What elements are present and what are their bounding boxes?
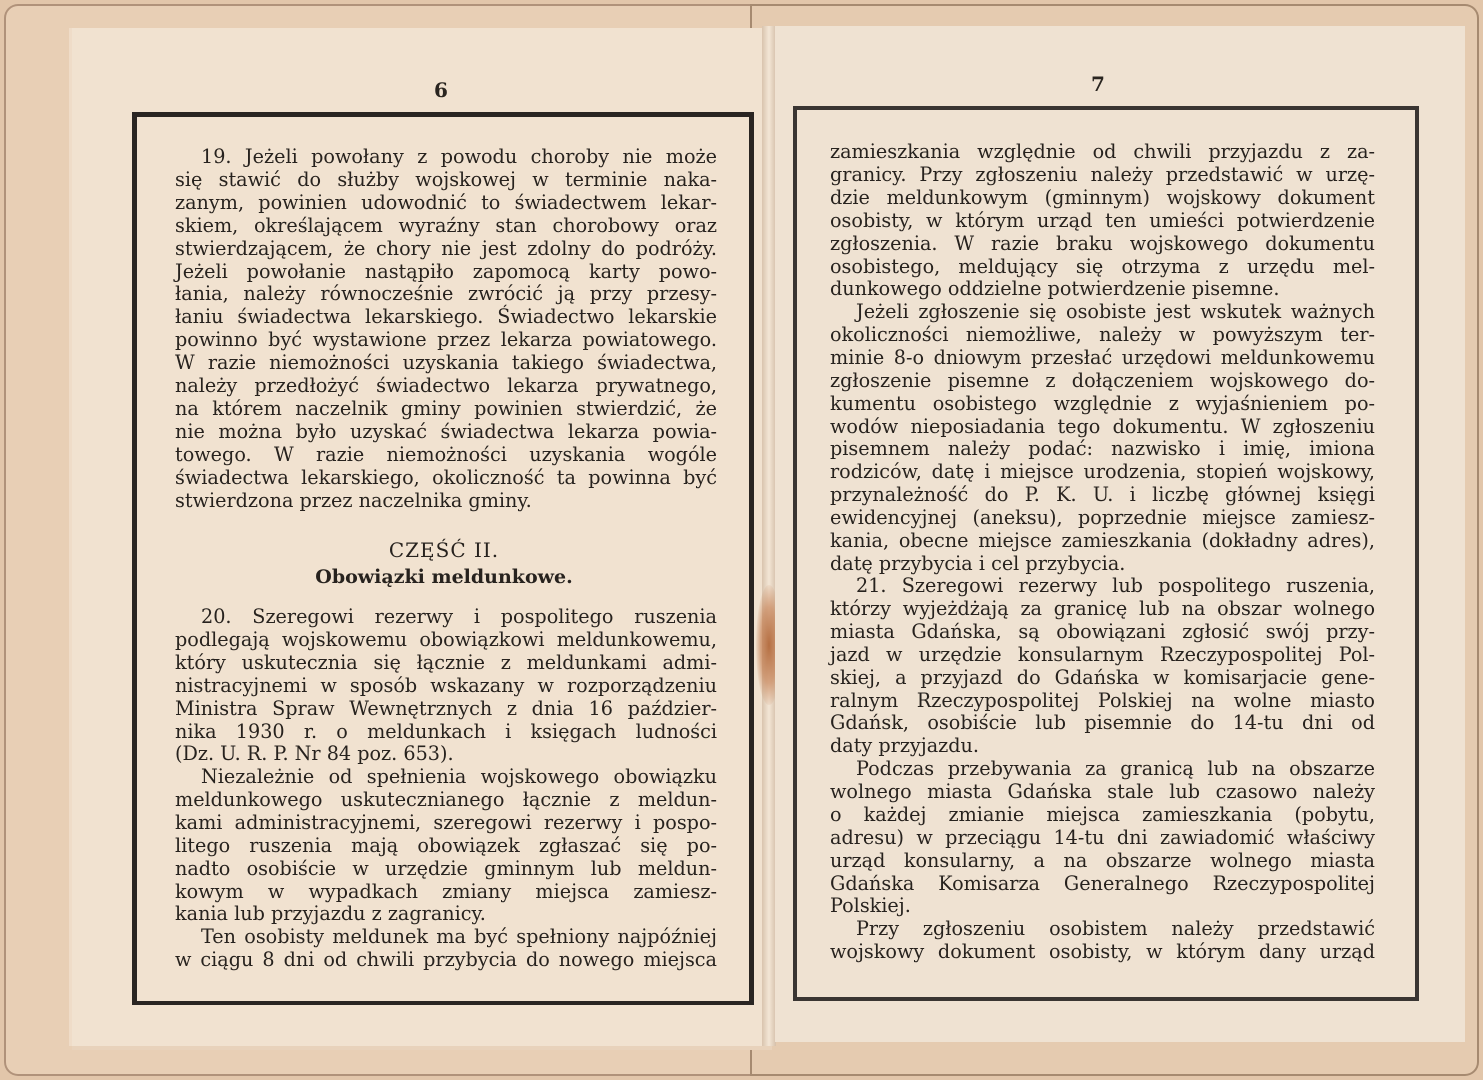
paragraph-20-deadline: Ten osobisty meldunek ma być spełniony n… bbox=[175, 926, 717, 972]
text-line: kumentu osobistego względnie z wyjaśnien… bbox=[830, 393, 1375, 416]
paragraph-abroad: Podczas przebywania za granicą lub na ob… bbox=[830, 758, 1375, 918]
text-line: skiem, określającem wyraźny stan chorobo… bbox=[175, 215, 717, 238]
text-line: stwierdzona przez naczelnika gminy. bbox=[175, 490, 717, 513]
paragraph-21: 21. Szeregowi rezerwy lub pospolitego ru… bbox=[830, 575, 1375, 758]
text-line: którzy wyjeżdżają za granicę lub na obsz… bbox=[830, 598, 1375, 621]
text-line: łaniu świadectwa lekarskiego. Świadectwo… bbox=[175, 306, 717, 329]
paragraph-20-personal-duty: Niezależnie od spełnienia wojskowego obo… bbox=[175, 766, 717, 926]
text-line: przynależność do P. K. U. i liczbę główn… bbox=[830, 484, 1375, 507]
text-line: Niezależnie od spełnienia wojskowego obo… bbox=[175, 766, 717, 789]
text-line: się stawić do służby wojskowej w termini… bbox=[175, 169, 717, 192]
text-line: kami administracyjnemi, szeregowi rezerw… bbox=[175, 812, 717, 835]
text-line: Podczas przebywania za granicą lub na ob… bbox=[830, 758, 1375, 781]
text-line: daty przyjazdu. bbox=[830, 735, 1375, 758]
text-line: jazd w urzędzie konsularnym Rzeczypospol… bbox=[830, 644, 1375, 667]
text-line: łania, należy równocześnie zwrócić ją pr… bbox=[175, 283, 717, 306]
text-line: okoliczności niemożliwe, należy w powyżs… bbox=[830, 324, 1375, 347]
left-page: 6 19. Jeżeli powołany z powodu choroby n… bbox=[72, 28, 772, 1046]
text-line: który uskutecznia się łącznie z meldunka… bbox=[175, 652, 717, 675]
text-line: na którem naczelnik gminy powinien stwie… bbox=[175, 398, 717, 421]
text-line: rodziców, datę i miejsce urodzenia, stop… bbox=[830, 461, 1375, 484]
text-line: powinno być wystawione przez lekarza pow… bbox=[175, 329, 717, 352]
text-line: Przy zgłoszeniu osobistem należy przedst… bbox=[830, 918, 1375, 941]
text-line: ralnym Rzeczypospolitej Polskiej na woln… bbox=[830, 690, 1375, 713]
text-line: osobistego, meldujący się otrzyma z urzę… bbox=[830, 256, 1375, 279]
text-line: minie 8-o dniowym przesłać urzędowi meld… bbox=[830, 347, 1375, 370]
text-line: Ten osobisty meldunek ma być spełniony n… bbox=[175, 926, 717, 949]
text-line: nadto osobiście w urzędzie gminnym lub m… bbox=[175, 858, 717, 881]
text-line: Gdańsk, osobiście lub pisemnie do 14-tu … bbox=[830, 712, 1375, 735]
text-line: granicy. Przy zgłoszeniu należy przedsta… bbox=[830, 164, 1375, 187]
text-line: nie można było uzyskać świadectwa lekarz… bbox=[175, 421, 717, 444]
text-line: Jeżeli powołanie nastąpiło zapomocą kart… bbox=[175, 261, 717, 284]
text-line: o każdej zmianie miejsca zamieszkania (p… bbox=[830, 804, 1375, 827]
page-number-left: 6 bbox=[434, 78, 448, 102]
text-line: (Dz. U. R. P. Nr 84 poz. 653). bbox=[175, 743, 717, 766]
text-line: urząd konsularny, a na obszarze wolnego … bbox=[830, 850, 1375, 873]
section-title: CZĘŚĆ II. bbox=[144, 538, 744, 562]
text-line: 20. Szeregowi rezerwy i pospolitego rusz… bbox=[175, 606, 717, 629]
text-line: stwierdzającem, że chory nie jest zdolny… bbox=[175, 238, 717, 261]
text-line: wojskowy dokument osobisty, w którym dan… bbox=[830, 941, 1375, 964]
text-line: zgłoszenia. W razie braku wojskowego dok… bbox=[830, 233, 1375, 256]
text-line: podlegają wojskowemu obowiązkowi meldunk… bbox=[175, 629, 717, 652]
text-line: 21. Szeregowi rezerwy lub pospolitego ru… bbox=[830, 575, 1375, 598]
paragraph-continuation: zamieszkania względnie od chwili przyjaz… bbox=[830, 141, 1375, 301]
text-line: nistracyjnemi w sposób wskazany w rozpor… bbox=[175, 675, 717, 698]
text-line: należy przedłożyć świadectwo lekarza pry… bbox=[175, 375, 717, 398]
paragraph-written-report: Jeżeli zgłoszenie się osobiste jest wsku… bbox=[830, 301, 1375, 576]
text-line: w ciągu 8 dni od chwili przybycia do now… bbox=[175, 949, 717, 972]
paragraph-20: 20. Szeregowi rezerwy i pospolitego rusz… bbox=[175, 606, 717, 766]
section-subtitle: Obowiązki meldunkowe. bbox=[144, 566, 744, 588]
text-line: skiej, a przyjazd do Gdańska w komisarja… bbox=[830, 667, 1375, 690]
text-line: litego ruszenia mają obowiązek zgłaszać … bbox=[175, 835, 717, 858]
text-line: 19. Jeżeli powołany z powodu choroby nie… bbox=[175, 146, 717, 169]
text-line: meldunkowego uskutecznianego łącznie z m… bbox=[175, 789, 717, 812]
text-line: Jeżeli zgłoszenie się osobiste jest wsku… bbox=[830, 301, 1375, 324]
book-gutter bbox=[762, 26, 776, 1046]
text-line: zanym, powinien udowodnić to świadectwem… bbox=[175, 192, 717, 215]
text-line: Polskiej. bbox=[830, 895, 1375, 918]
text-line: dzie meldunkowym (gminnym) wojskowy doku… bbox=[830, 187, 1375, 210]
text-line: W razie niemożności uzyskania takiego św… bbox=[175, 352, 717, 375]
text-line: Gdańska Komisarza Generalnego Rzeczyposp… bbox=[830, 873, 1375, 896]
text-line: osobisty, w którym urząd ten umieści pot… bbox=[830, 210, 1375, 233]
text-line: Ministra Spraw Wewnętrznych z dnia 16 pa… bbox=[175, 698, 717, 721]
text-line: towego. W razie niemożności uzyskania wo… bbox=[175, 444, 717, 467]
page-number-right: 7 bbox=[1091, 72, 1105, 96]
text-line: kania lub przyjazdu z zagranicy. bbox=[175, 903, 717, 926]
paragraph-19: 19. Jeżeli powołany z powodu choroby nie… bbox=[175, 146, 717, 513]
text-line: nika 1930 r. o meldunkach i księgach lud… bbox=[175, 721, 717, 744]
text-line: pisemnem należy podać: nazwisko i imię, … bbox=[830, 438, 1375, 461]
text-line: zamieszkania względnie od chwili przyjaz… bbox=[830, 141, 1375, 164]
text-line: adresu) w przeciągu 14-tu dni zawiadomić… bbox=[830, 827, 1375, 850]
text-line: świadectwa lekarskiego, okoliczność ta p… bbox=[175, 467, 717, 490]
text-line: zgłoszenie pisemne z dołączeniem wojskow… bbox=[830, 370, 1375, 393]
right-page: 7 zamieszkania względnie od chwili przyj… bbox=[775, 26, 1465, 1042]
text-line: ewidencyjnej (aneksu), poprzednie miejsc… bbox=[830, 507, 1375, 530]
paragraph-personal-report: Przy zgłoszeniu osobistem należy przedst… bbox=[830, 918, 1375, 964]
text-line: wodów nieposiadania tego dokumentu. W zg… bbox=[830, 416, 1375, 439]
text-line: kania, obecne miejsce zamieszkania (dokł… bbox=[830, 530, 1375, 553]
text-line: wolnego miasta Gdańska stale lub czasowo… bbox=[830, 781, 1375, 804]
text-line: dunkowego oddzielne potwierdzenie pisemn… bbox=[830, 278, 1375, 301]
text-line: miasta Gdańska, są obowiązani zgłosić sw… bbox=[830, 621, 1375, 644]
text-line: kowym w wypadkach zmiany miejsca zamiesz… bbox=[175, 881, 717, 904]
text-line: datę przybycia i cel przybycia. bbox=[830, 553, 1375, 576]
